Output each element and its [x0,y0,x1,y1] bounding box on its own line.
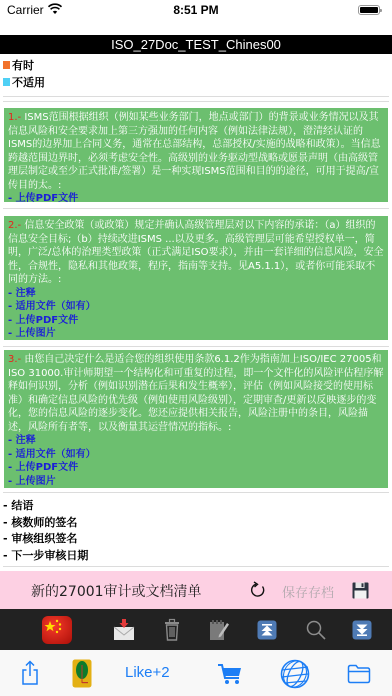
divider [3,566,389,567]
battery-icon [358,5,380,15]
app-logo-icon[interactable] [72,659,92,688]
list-item-next-audit-date[interactable]: - 下一步审核日期 [3,548,88,565]
checklist-item-3[interactable]: 3.- 由您自己决定什么是适合您的组织使用条款6.1.2作为指南加上ISO/IE… [4,350,388,488]
closing-items-list: - 结语 - 核数师的签名 - 审核组织签名 - 下一步审核日期 [3,498,88,564]
bottom-tab-bar: Like+2 [0,650,392,696]
divider [3,208,389,209]
search-icon[interactable] [305,619,327,641]
status-bar: Carrier 8:51 PM [0,0,392,22]
upload-pdf-link[interactable]: - 上传PDF文件 [8,314,384,328]
floppy-disk-icon[interactable] [352,582,369,599]
notes-link[interactable]: - 注释 [8,434,384,448]
scroll-top-icon[interactable] [257,620,277,640]
legend-label: 不适用 [12,74,45,90]
save-archive-button[interactable]: 保存存档 [282,582,334,601]
checklist-item-1[interactable]: 1.- ISMS范围根据组织（例如某些业务部门，地点或部门）的背景或业务情况以及… [4,108,388,202]
upload-pdf-link[interactable]: - 上传PDF文件 [8,461,384,475]
legend-label: 有时 [12,57,34,73]
orange-swatch-icon [3,61,10,69]
item-number: 2.- [8,220,21,231]
item-text: 由您自己决定什么是适合您的组织使用条款6.1.2作为指南加上ISO/IEC 27… [8,354,383,433]
refresh-icon[interactable] [249,581,267,599]
globe-icon[interactable] [280,659,310,689]
like-button[interactable]: Like+2 [125,664,170,681]
inbox-icon[interactable] [113,618,135,642]
applicable-docs-link[interactable]: - 适用文件（如有） [8,448,384,462]
item-text: ISMS范围根据组织（例如某些业务部门，地点或部门）的背景或业务情况以及其信息风… [8,112,381,191]
folder-icon[interactable] [347,664,371,684]
upload-image-link[interactable]: - 上传图片 [8,475,384,489]
upload-image-link[interactable]: - 上传图片 [8,327,384,341]
new-checklist-button[interactable]: 新的27001审计或文档清单 [31,581,202,601]
item-number: 3.- [8,354,21,365]
divider [3,101,389,102]
applicable-docs-link[interactable]: - 适用文件（如有） [8,300,384,314]
clock: 8:51 PM [0,3,392,17]
cart-icon[interactable] [217,663,243,685]
document-title: ISO_27Doc_TEST_Chines00 [0,35,392,54]
document-toolbar [0,609,392,650]
cyan-swatch-icon [3,78,10,86]
checklist-item-2[interactable]: 2.- 信息安全政策（或政策）规定并确认高级管理层对以下内容的承诺：（a）组织的… [4,216,388,340]
divider [3,96,389,97]
notepad-edit-icon[interactable] [208,618,230,642]
notes-link[interactable]: - 注释 [8,287,384,301]
item-number: 1.- [8,112,21,123]
divider [3,346,389,347]
china-flag-icon[interactable] [41,615,73,645]
upload-pdf-link[interactable]: - 上传PDF文件 [8,192,384,206]
legend-item-not-applicable: 不适用 [3,73,45,90]
legend: 有时 不适用 [3,56,45,90]
trash-icon[interactable] [163,618,181,642]
divider [3,492,389,493]
scroll-bottom-icon[interactable] [352,620,372,640]
list-item-conclusion[interactable]: - 结语 [3,498,88,515]
legend-item-sometimes: 有时 [3,56,45,73]
list-item-org-signature[interactable]: - 审核组织签名 [3,531,88,548]
action-bar: 新的27001审计或文档清单 保存存档 [0,571,392,609]
list-item-auditor-signature[interactable]: - 核数师的签名 [3,515,88,532]
share-icon[interactable] [21,660,39,686]
item-text: 信息安全政策（或政策）规定并确认高级管理层对以下内容的承诺：（a）组织的信息安全… [8,220,384,285]
